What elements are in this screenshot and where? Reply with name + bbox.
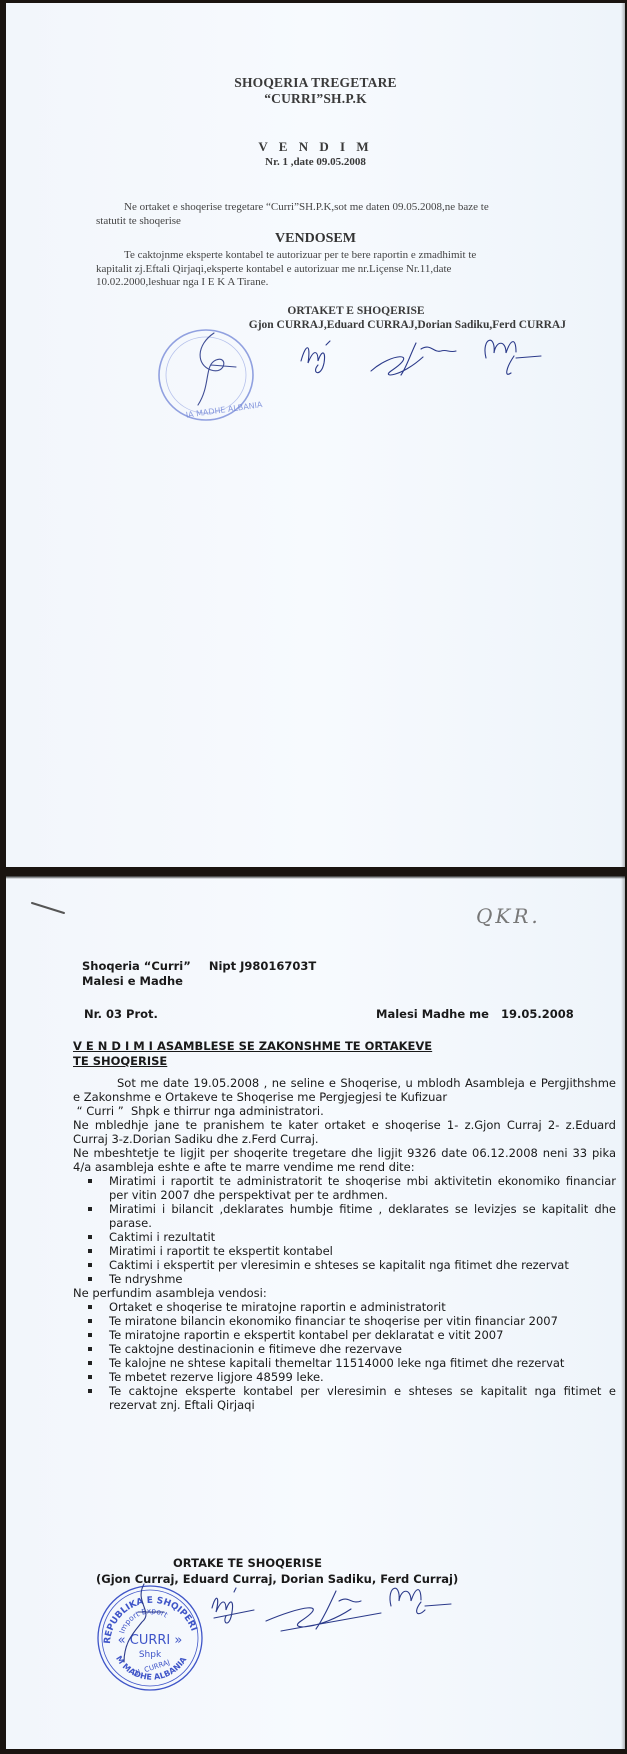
- document-page-1: SHOQERIA TREGETARE “CURRI”SH.P.K V E N D…: [6, 3, 625, 867]
- protocol-number: Nr. 03 Prot.: [84, 1007, 158, 1022]
- company-line-2: “CURRI”SH.P.K: [6, 91, 625, 107]
- paragraph-meeting-cont: “ Curri ” Shpk e thirrur nga administrat…: [73, 1104, 616, 1118]
- page-fold-line: [6, 876, 625, 879]
- decision-title: V E N D I M I ASAMBLESE SE ZAKONSHME TE …: [73, 1039, 432, 1069]
- company-line-1: SHOQERIA TREGETARE: [6, 75, 625, 91]
- decision-number-date: Nr. 1 ,date 09.05.2008: [6, 156, 625, 168]
- scan-edge-shadow: [621, 3, 625, 867]
- title-line-1: V E N D I M I ASAMBLESE SE ZAKONSHME TE …: [73, 1039, 432, 1054]
- conclusion-intro: Ne perfundim asambleja vendosi:: [73, 1286, 616, 1300]
- body-line-1: Te caktojnme eksperte kontabel te autori…: [96, 249, 566, 263]
- agenda-item: Miratimi i raportit te ekspertit kontabe…: [73, 1244, 616, 1258]
- decision-item: Te miratojne raportin e ekspertit kontab…: [73, 1328, 616, 1342]
- body-line-3: 10.02.2000,leshuar nga I E K A Tirane.: [96, 276, 566, 290]
- place-date: Malesi Madhe me 19.05.2008: [376, 1007, 574, 1022]
- document-page-2: QKR. Shoqeria “Curri” Nipt J98016703T Ma…: [6, 876, 625, 1749]
- scan-edge-shadow: [621, 876, 625, 1749]
- decisions-list: Ortaket e shoqerise te miratojne raporti…: [73, 1300, 616, 1412]
- handwritten-note: QKR.: [476, 904, 541, 928]
- body-line-2: kapitalit zj.Eftali Qirjaqi,eksperte kon…: [96, 263, 566, 277]
- pen-mark: [30, 900, 70, 915]
- signature-dorian: [261, 1581, 391, 1636]
- decision-item: Te mbetet rezerve ligjore 48599 leke.: [73, 1370, 616, 1384]
- signature-dorian: [361, 333, 471, 383]
- agenda-item: Te ndryshme: [73, 1272, 616, 1286]
- company-location: Malesi e Madhe: [82, 974, 316, 989]
- company-stamp-faded: IA MADHE ALBANIA: [156, 325, 266, 425]
- company-header: Shoqeria “Curri” Nipt J98016703T Malesi …: [82, 959, 316, 989]
- stamp-company-name: « CURRI »: [118, 1633, 183, 1648]
- intro-paragraph: Ne ortaket e shoqerise tregetare “Curri”…: [96, 201, 566, 228]
- company-header: SHOQERIA TREGETARE “CURRI”SH.P.K: [6, 75, 625, 107]
- decision-heading: VENDOSEM: [6, 231, 625, 247]
- agenda-list: Miratimi i raportit te administratorit t…: [73, 1174, 616, 1286]
- decision-title: V E N D I M: [6, 139, 625, 155]
- signature-ferd: [476, 328, 546, 378]
- stamp-company-type: Shpk: [139, 1650, 162, 1660]
- agenda-item: Caktimi i rezultatit: [73, 1230, 616, 1244]
- agenda-item: Miratimi i bilancit ,deklarates humbje f…: [73, 1202, 616, 1230]
- signature-eduard: [296, 333, 366, 378]
- partners-heading: ORTAKET E SHOQERISE: [146, 305, 566, 317]
- agenda-item: Miratimi i raportit te administratorit t…: [73, 1174, 616, 1202]
- company-nipt-line: Shoqeria “Curri” Nipt J98016703T: [82, 959, 316, 974]
- decision-item: Te caktojne eksperte kontabel per vleres…: [73, 1384, 616, 1412]
- paragraph-meeting: Sot me date 19.05.2008 , ne seline e Sho…: [73, 1076, 616, 1104]
- paragraph-legal-basis: Ne mbeshtetje te ligjit per shoqerite tr…: [73, 1146, 616, 1174]
- decision-item: Te miratone bilancin ekonomiko financiar…: [73, 1314, 616, 1328]
- paragraph-attendees: Ne mbledhje jane te pranishem te kater o…: [73, 1118, 616, 1146]
- agenda-item: Caktimi i ekspertit per vleresimin e sht…: [73, 1258, 616, 1272]
- company-stamp: REPUBLIKA E SHQIPERISE Import Export « C…: [94, 1582, 206, 1694]
- intro-line-1: Ne ortaket e shoqerise tregetare “Curri”…: [96, 201, 566, 215]
- signature-ferd: [381, 1576, 456, 1621]
- body-section: Sot me date 19.05.2008 , ne seline e Sho…: [73, 1076, 616, 1412]
- paragraph-meeting-text: Sot me date 19.05.2008 , ne seline e Sho…: [73, 1076, 616, 1104]
- partners-heading: ORTAKE TE SHOQERISE: [173, 1556, 322, 1570]
- decision-item: Te caktojne destinacionin e fitimeve dhe…: [73, 1342, 616, 1356]
- nipt: Nipt J98016703T: [209, 959, 316, 973]
- company-name: Shoqeria “Curri”: [82, 959, 191, 973]
- decision-item: Ortaket e shoqerise te miratojne raporti…: [73, 1300, 616, 1314]
- title-line-2: TE SHOQERISE: [73, 1054, 432, 1069]
- intro-line-2: statutit te shoqerise: [96, 215, 566, 229]
- decision-item: Te kalojne ne shtese kapitali themeltar …: [73, 1356, 616, 1370]
- decision-body: Te caktojnme eksperte kontabel te autori…: [96, 249, 566, 290]
